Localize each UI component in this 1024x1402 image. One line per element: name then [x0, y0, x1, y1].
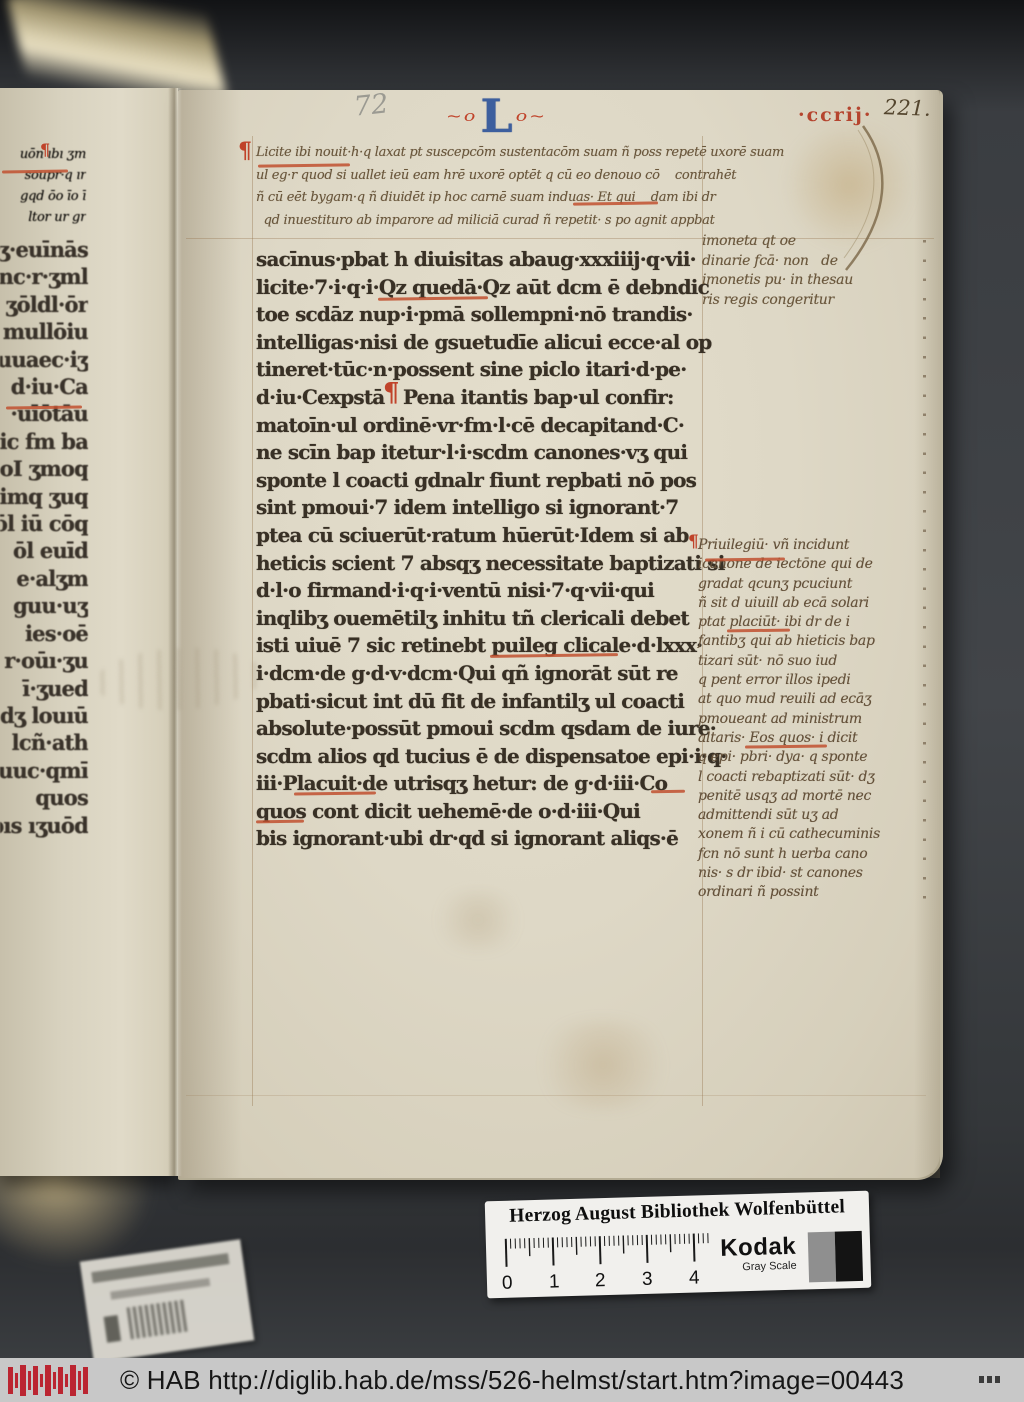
gloss-line: fcn nō sunt h uerba cano	[698, 845, 880, 864]
chapter-number-rubric: ·ccrij·	[798, 104, 872, 126]
main-text-line: bis ignorant·ubi dr·qd si ignorant aliqs…	[256, 825, 726, 853]
svg-text:4: 4	[689, 1267, 701, 1288]
main-text-line: d·iu·Cexpstā Pena itantis bap·ul confir:	[256, 384, 726, 412]
verso-text-line: ōl euīd	[0, 537, 88, 564]
library-name-label: Herzog August Bibliothek Wolfenbüttel	[485, 1196, 869, 1229]
verso-text-line: quos	[0, 784, 88, 811]
margin-gloss-lower: Priuilegiū· vñ incidunticanone de iectōn…	[698, 536, 880, 903]
pencil-folio-number: 72	[352, 88, 389, 122]
gloss-line: ul eg·r quod si uallet ieū eam hrē uxorē…	[256, 165, 784, 188]
gloss-line: ordinari ñ possint	[698, 883, 880, 902]
verso-text-line: imq ʒuq	[0, 483, 88, 510]
svg-text:0: 0	[502, 1273, 513, 1294]
main-text-line: pbati·sicut int dū fit de infantilʒ ul c…	[256, 688, 726, 716]
red-printer-mark-icon	[8, 1362, 88, 1398]
ruling-line-horizontal	[186, 1095, 926, 1096]
rubric-pilcrow-icon: ¶	[40, 140, 50, 159]
main-text-line: inqlibʒ ouemētilʒ inhitu tñ clericali de…	[256, 605, 726, 633]
parchment-stain	[528, 1020, 678, 1110]
rubric-pilcrow-icon: ¶	[238, 138, 252, 164]
main-text-line: quos cont dicit uehemē·de o·d·iii·Qui	[256, 798, 726, 826]
main-text-block: sacīnus·pbat h diuisitas abaug·xxxiiij·q…	[256, 246, 726, 853]
top-gloss-block: Licite ibi nouit·h·q laxat pt suscepcōm …	[256, 142, 784, 232]
verso-text-line: ōl iū cōq	[0, 510, 88, 537]
verso-text-line: uuaec·iʒ	[0, 346, 88, 373]
gloss-line: q pent error illos ipedi	[698, 671, 880, 690]
gloss-line: gradat qcunʒ pcuciunt	[698, 575, 880, 594]
gloss-line: l coacti rebaptizati sūt· dʒ	[698, 768, 880, 787]
verso-text-line: d·iu·Ca	[0, 373, 88, 400]
gloss-line: xonem ñ i cū cathecuminis	[698, 825, 880, 844]
gray-patch	[808, 1232, 836, 1283]
ruling-line-vertical	[252, 136, 253, 1106]
main-text-line: sint pmoui·7 idem intelligo si ignorant·…	[256, 494, 726, 522]
label-mark-blur	[104, 1315, 121, 1343]
svg-text:2: 2	[595, 1270, 606, 1291]
gloss-line: imoneta qt oe	[702, 232, 853, 252]
rubric-pilcrow-icon: ¶	[688, 532, 699, 552]
gloss-line: ñ sit d uiuill ab ecā solari	[698, 594, 880, 613]
pen-flourish-icon: o~	[516, 107, 547, 125]
gray-scale-card: Herzog August Bibliothek Wolfenbüttel	[485, 1191, 872, 1299]
verso-text-line: guu·uʒ	[0, 592, 88, 619]
gloss-line: penitē usqʒ ad mortē nec	[698, 787, 880, 806]
pricking-holes	[923, 240, 926, 912]
main-text-line: ptea cū sciuerūt·ratum hūerūt·Idem si ab	[256, 522, 726, 550]
gloss-line: admittendi sūt uʒ ad	[698, 806, 880, 825]
verso-text-line: ʒ·euīnās	[0, 236, 88, 263]
page-edge-shadow	[914, 90, 940, 1178]
gloss-line: qd inuestituro ab imparore ad miliciā cu…	[256, 210, 784, 233]
verso-text-line: uuc·qmī	[0, 757, 88, 784]
black-patch	[835, 1231, 863, 1282]
main-text-line: scdm alios qd tucius ē de dispensatoe ep…	[256, 743, 726, 771]
parchment-stain	[428, 890, 528, 950]
gloss-line: fantibʒ qui ab hieticis bap	[698, 632, 880, 651]
rubric-underline	[651, 790, 685, 793]
verso-text-line: bıs ıʒuōd	[0, 812, 88, 839]
verso-text-line: ies·oē	[0, 620, 88, 647]
verso-text-line: oI ʒmoq	[0, 455, 88, 482]
verso-text-line: ī·ʒued	[0, 675, 88, 702]
main-text-line: matoīn·ul ordinē·vr·fm·l·cē decapitand·C…	[256, 412, 726, 440]
verso-text-line: mullōiu	[0, 318, 88, 345]
card-row: 0 1 2 3 4 Kodak Gray Scale	[494, 1227, 863, 1295]
gloss-line: ris regis congeritur	[702, 291, 853, 311]
svg-text:3: 3	[642, 1269, 653, 1290]
verso-text-block: ʒ·euīnāslunc·r·ʒmlʒōldl·ōrmullōiuuuaec·i…	[0, 236, 88, 839]
gloss-line: ñ cū eēt bygam·q ñ diuidēt ip hoc carnē …	[256, 187, 784, 210]
kodak-brand-block: Kodak Gray Scale	[720, 1235, 797, 1274]
verso-text-line: ic fm ba	[0, 428, 88, 455]
main-text-line: heticis scient 7 absqʒ necessitate bapti…	[256, 550, 726, 578]
gloss-line: pmoueant ad ministrum	[698, 710, 880, 729]
gutter-crease	[168, 88, 182, 1176]
chapter-initial-letter: L	[480, 94, 512, 138]
verso-text-line: ʒōldl·ōr	[0, 291, 88, 318]
verso-text-line: r·oūı·ʒu	[0, 647, 88, 674]
label-barcode-blur	[127, 1300, 189, 1340]
footer-caption-bar: © HAB http://diglib.hab.de/mss/526-helms…	[0, 1358, 1024, 1402]
verso-text-line: lunc·r·ʒml	[0, 263, 88, 290]
gloss-line: Priuilegiū· vñ incidunt	[698, 536, 880, 555]
main-text-line: sponte l coacti gdnalr fiunt repbati nō …	[256, 467, 726, 495]
label-text-blur	[110, 1278, 210, 1300]
main-text-line: intelligas·nisi de gsuetudīe alicui ecce…	[256, 329, 726, 357]
kodak-brand: Kodak	[720, 1235, 796, 1261]
footer-caption: © HAB http://diglib.hab.de/mss/526-helms…	[0, 1365, 1024, 1396]
gray-scale-label: Gray Scale	[721, 1260, 797, 1274]
verso-gloss-line: ltor ur gr	[0, 207, 86, 228]
main-text-line: d·l·o firmand·i·q·i·ventū nisi·7·q·vii·q…	[256, 577, 726, 605]
verso-text-line: e·alʒm	[0, 565, 88, 592]
gloss-line: imonetis pu· in thesau	[702, 271, 853, 291]
footer-right-mark-icon	[979, 1376, 1000, 1383]
verso-text-line: lcñ·ath	[0, 729, 88, 756]
gray-scale-patches	[808, 1231, 863, 1282]
gloss-line: nis· s dr ibid· st canones	[698, 864, 880, 883]
rubric-pilcrow-icon: ¶	[383, 378, 400, 408]
main-text-line: licite·7·i·q·i·Qz quedā·Qz aūt dcm ē deb…	[256, 274, 726, 302]
main-text-line: ne scīn bap itetur·l·i·scdm canones·vʒ q…	[256, 439, 726, 467]
verso-text-line: ·uīōtāu	[0, 400, 88, 427]
verso-text-line: dʒ louıū	[0, 702, 88, 729]
recto-page: 72 ~o L o~ ·ccrij· 221. Licite ibi nouit…	[178, 90, 943, 1180]
gloss-line: Licite ibi nouit·h·q laxat pt suscepcōm …	[256, 142, 784, 165]
gloss-line: dinarie fcā· non de	[702, 252, 853, 272]
ruler-icon: 0 1 2 3 4	[494, 1231, 712, 1295]
main-text-line: toe scdāz nup·i·pmā sollempni·nō trandis…	[256, 301, 726, 329]
main-text-line: sacīnus·pbat h diuisitas abaug·xxxiiij·q…	[256, 246, 726, 274]
main-text-line: i·dcm·de g·d·v·dcm·Qui qñ ignorāt sūt re	[256, 660, 726, 688]
running-title-initial: ~o L o~	[446, 94, 547, 138]
margin-gloss-upper: imoneta qt oedinarie fcā· non deimonetis…	[702, 232, 853, 310]
manuscript-photo: uōn ıbı ʒmsoupr·q ırgqd ōo īo īltor ur g…	[0, 0, 1024, 1402]
verso-page-fragment: uōn ıbı ʒmsoupr·q ırgqd ōo īo īltor ur g…	[0, 88, 178, 1176]
gloss-line: tizari sūt· nō suo iud	[698, 652, 880, 671]
gloss-line: at quo mud reuili ad ecāʒ	[698, 690, 880, 709]
library-label	[80, 1239, 255, 1363]
verso-gloss-line: gqd ōo īo ī	[0, 186, 86, 207]
pen-flourish-icon: ~o	[446, 107, 477, 125]
verso-gloss-line: soupr·q ır	[0, 165, 86, 186]
svg-text:1: 1	[549, 1271, 560, 1292]
main-text-line: tineret·tūc·n·possent sine piclo itari·d…	[256, 356, 726, 384]
folio-number-ink: 221.	[884, 95, 932, 121]
gutter-shadow	[178, 90, 242, 1178]
main-text-line: absolute·possūt pmoui scdm qsdam de iure…	[256, 715, 726, 743]
gloss-line: q epi· pbri· dya· q sponte	[698, 748, 880, 767]
